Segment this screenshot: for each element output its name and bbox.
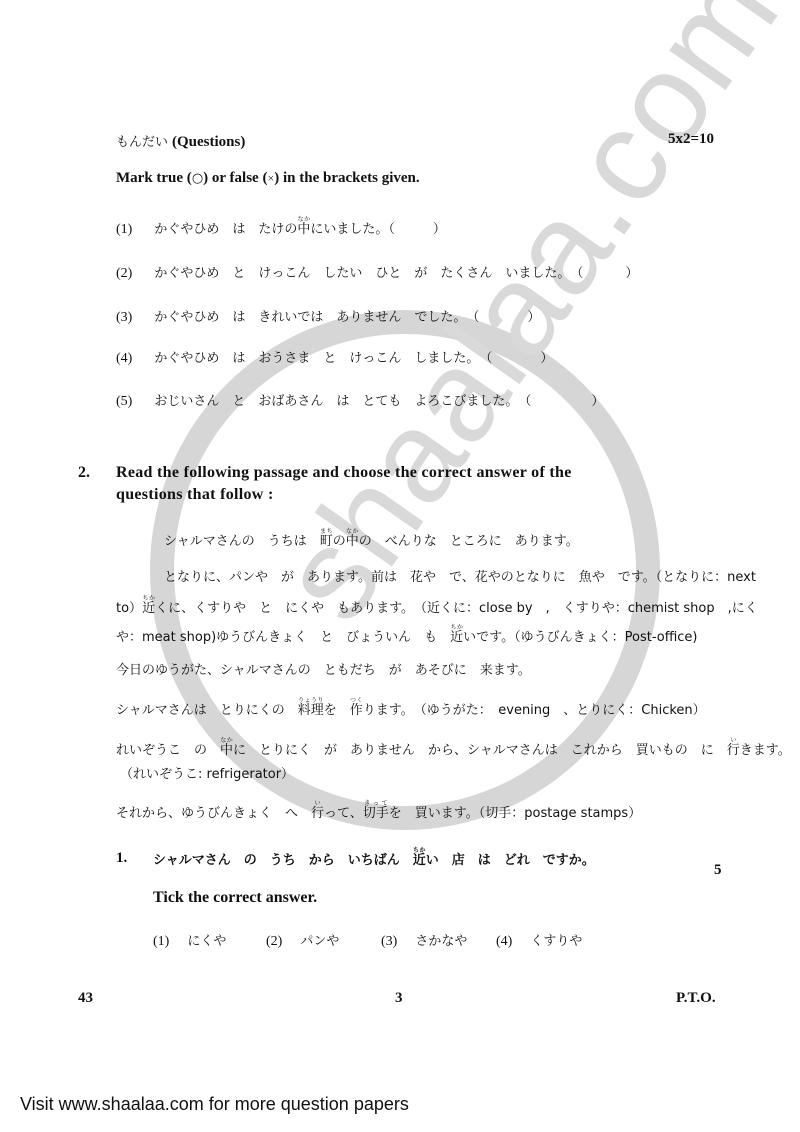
- instruction-text: ) or false (: [203, 170, 267, 186]
- answer-bracket[interactable]: ）: [527, 310, 540, 325]
- passage-line: や：meat shop)ゆうびんきょく と びょういん も 近ちかいです。（ゆう…: [116, 624, 698, 645]
- tf-item: (4) かぐやひめ は おうさま と けっこん しました。 （）: [116, 347, 553, 367]
- subquestion-number: 1.: [116, 850, 127, 867]
- tf-item-number: (1): [116, 222, 132, 237]
- tf-item-number: (3): [116, 310, 132, 325]
- tf-item-number: (4): [116, 351, 132, 366]
- instruction-text: Mark true (: [116, 170, 192, 186]
- section-header: もんだい (Questions): [116, 131, 245, 151]
- page-number: 3: [395, 990, 403, 1007]
- answer-option[interactable]: (4)くすりや: [496, 930, 582, 950]
- tf-item-number: (5): [116, 394, 132, 409]
- pto-label: P.T.O.: [676, 990, 716, 1007]
- subquestion-text: シャルマさん の うち から いちばん 近ちかい 店 は どれ ですか。: [153, 847, 595, 868]
- paper-code: 43: [78, 990, 93, 1007]
- tf-item-number: (2): [116, 266, 132, 281]
- answer-bracket[interactable]: ）: [591, 394, 604, 409]
- section-marks: 5x2=10: [668, 131, 714, 148]
- site-footer-link[interactable]: Visit www.shaalaa.com for more question …: [20, 1094, 409, 1115]
- passage-line: （れいぞうこ: refrigerator）: [120, 763, 294, 782]
- section-label-jp: もんだい: [116, 135, 168, 150]
- passage-line: シャルマさんは とりにくの 料理りょうりを 作つくります。 （ゆうがた： eve…: [116, 697, 706, 718]
- passage-line: 今日のゆうがた、シャルマさんの ともだち が あそびに 来ます。: [116, 659, 531, 678]
- answer-option[interactable]: (1)にくや: [153, 930, 266, 950]
- answer-bracket[interactable]: ）: [625, 266, 638, 281]
- passage-line: to）近ちかくに、くすりや と にくや もあります。 （近くに：close by…: [116, 595, 758, 616]
- instruction: Mark true (○) or false (×) in the bracke…: [116, 170, 420, 187]
- section-label-en: (Questions): [172, 134, 245, 150]
- tf-item-text: おじいさん と おばあさん は とても よろこびました。 （）: [154, 394, 604, 409]
- tf-item-text: かぐやひめ は きれいでは ありません でした。 （）: [154, 310, 540, 325]
- tf-item: (5) おじいさん と おばあさん は とても よろこびました。 （）: [116, 390, 604, 410]
- answer-bracket[interactable]: ）: [540, 351, 553, 366]
- passage-line: シャルマさんの うちは 町まちの中なかの べんりな ところに あります。: [164, 528, 579, 549]
- subquestion-instruction: Tick the correct answer.: [153, 889, 317, 907]
- tf-item: (3) かぐやひめ は きれいでは ありません でした。 （）: [116, 306, 540, 326]
- passage-line: れいぞうこ の 中なかに とりにく が ありません から、シャルマさんは これか…: [116, 737, 791, 758]
- tf-item: (2) かぐやひめ と けっこん したい ひと が たくさん いました。 （）: [116, 262, 638, 282]
- tf-item-text: かぐやひめ は おうさま と けっこん しました。 （）: [154, 351, 553, 366]
- tf-item-text: かぐやひめ は たけの中なかにいました。（）: [154, 222, 446, 237]
- passage-line: それから、ゆうびんきょく へ 行いって、切手きってを 買います。（切手：post…: [116, 800, 641, 821]
- passage-line: となりに、パンや が あります。前は 花や で、花やのとなりに 魚や です。（と…: [164, 566, 756, 585]
- tf-item-text: かぐやひめ と けっこん したい ひと が たくさん いました。 （）: [154, 266, 638, 281]
- answer-option[interactable]: (3)さかなや: [381, 930, 496, 950]
- instruction-text: ) in the brackets given.: [274, 170, 419, 186]
- answer-bracket[interactable]: ）: [433, 222, 446, 237]
- answer-option[interactable]: (2)パンや: [266, 930, 381, 950]
- question-number: 2.: [78, 464, 90, 482]
- true-symbol: ○: [192, 171, 203, 186]
- question-heading-line1: Read the following passage and choose th…: [116, 464, 572, 482]
- subquestion-marks: 5: [714, 862, 722, 879]
- tf-item: (1) かぐやひめ は たけの中なかにいました。（）: [116, 216, 446, 238]
- answer-options: (1)にくや(2)パンや(3)さかなや(4)くすりや: [153, 930, 582, 950]
- question-heading-line2: questions that follow :: [116, 486, 274, 504]
